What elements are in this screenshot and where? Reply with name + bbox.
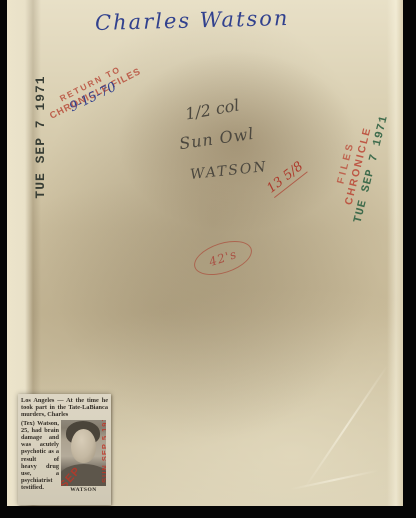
red-circled-note: 42's [190,234,256,281]
chronicle-files-stamp: FILES CHRONICLE TUE SEP 7 1971 [323,89,404,246]
left-date-stamp: TUE SEP 7 1971 [31,67,51,207]
photo-date-stamp: SUN SEP 5 1971 [100,421,106,483]
clipping-lead-text: Los Angeles — At the time he took part i… [21,397,108,419]
pencil-note-size: 1/2 col [184,95,241,123]
news-clipping: Los Angeles — At the time he took part i… [18,394,111,505]
photo-back-paper: Charles Watson TUE SEP 7 1971 RETURN TO … [7,0,403,506]
clipping-body-row: (Tex) Watson, 25, had brain damage and w… [21,420,108,493]
clipping-column-text: (Tex) Watson, 25, had brain damage and w… [21,420,59,493]
paper-crease-line-2 [290,469,378,489]
handwritten-name: Charles Watson [95,5,326,35]
photo-caption: WATSON [61,487,106,493]
red-pencil-size-note: 13 5/8 [264,159,307,198]
portrait-face-shape [71,429,96,463]
pencil-note-publication: Sun Owl [178,124,256,153]
photo-back-scan: { "annotations": { "handwritten_name": "… [0,0,416,518]
clipping-photo-block: SUN SEP 5 1971 SEP WATSON [61,420,106,493]
watson-portrait-photo: SUN SEP 5 1971 SEP [61,420,106,486]
pencil-note-name: WATSON [189,159,268,183]
circled-note-text: 42's [207,247,239,269]
